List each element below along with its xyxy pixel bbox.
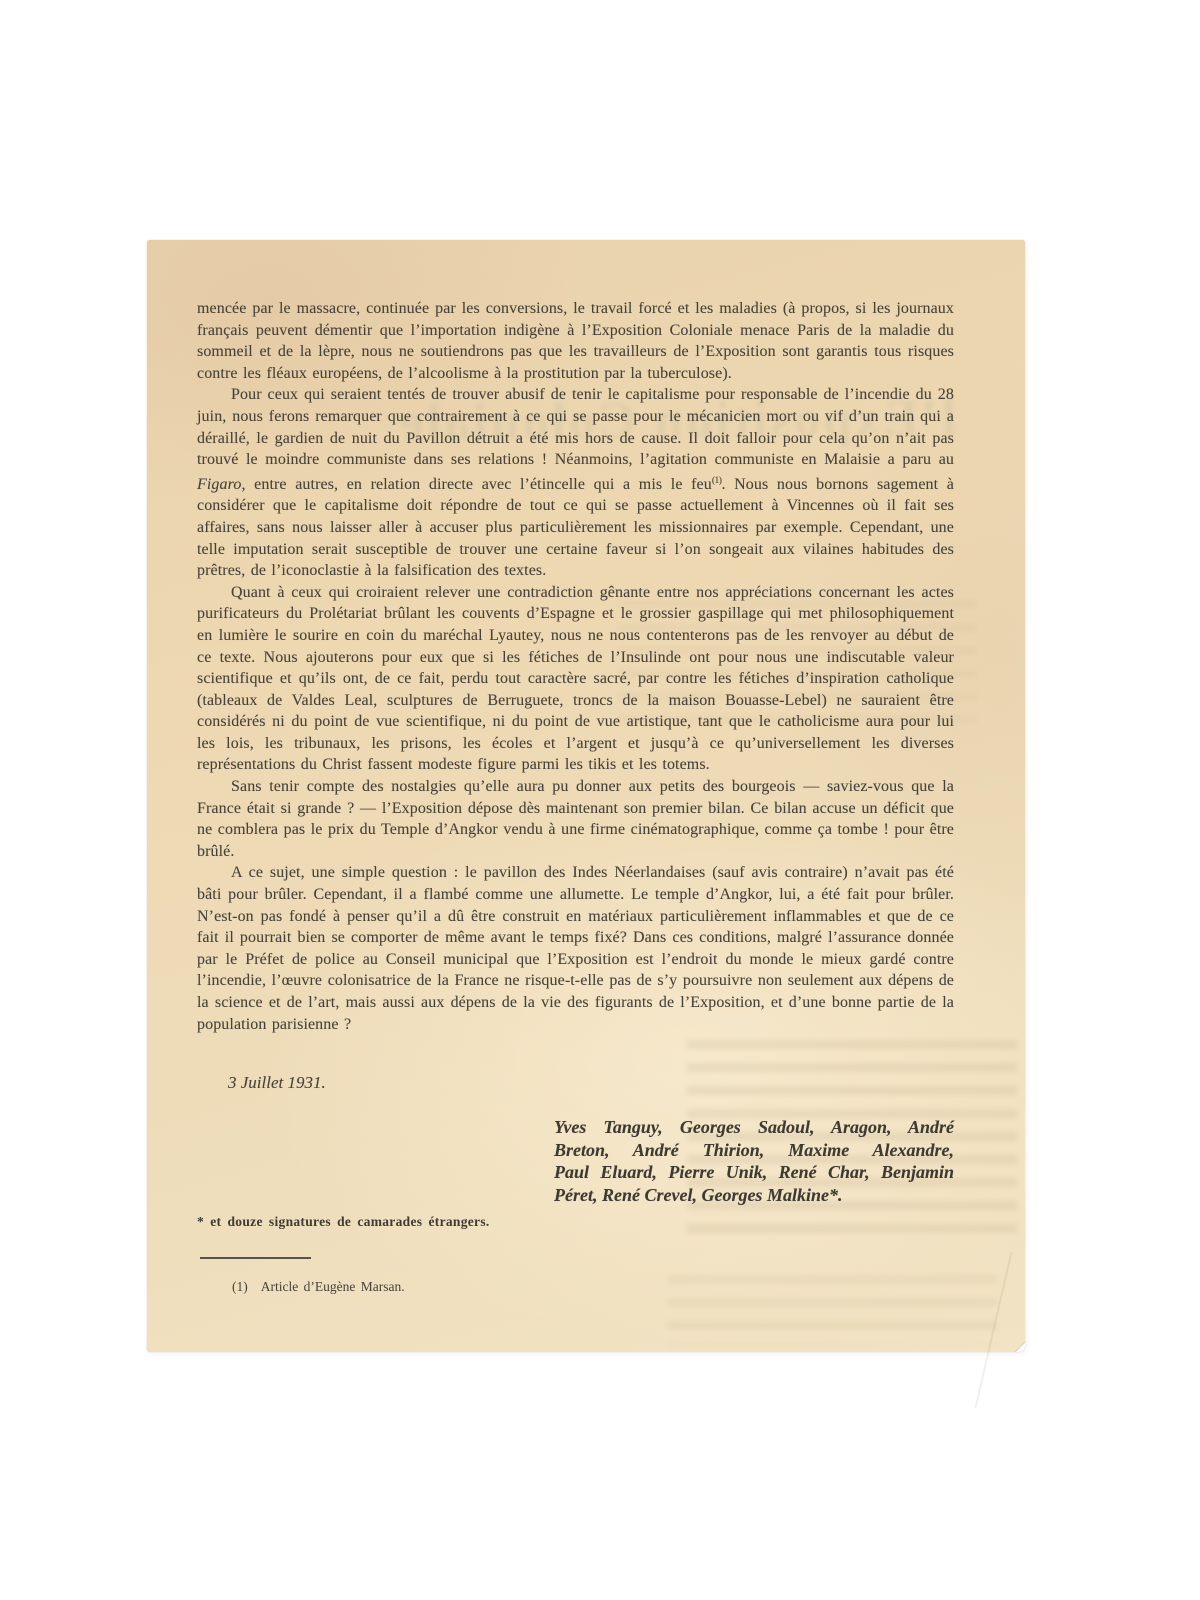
footnote-one-text: Article d’Eugène Marsan. [261,1279,405,1294]
signature-line: Yves Tanguy, Georges Sadoul, Aragon, And… [554,1116,954,1139]
corner-fold [1009,1336,1025,1352]
signature-line: Péret, René Crevel, Georges Malkine*. [554,1184,954,1207]
paragraph: Quant à ceux qui croiraient relever une … [197,582,954,776]
footnote-divider-rule [200,1257,311,1259]
paragraph-text-segment: , entre autres, en relation directe avec… [241,476,711,493]
figaro-italic-text: Figaro [197,476,241,493]
signatures-block: Yves Tanguy, Georges Sadoul, Aragon, And… [554,1116,954,1206]
paper-sheet: l’Exposition Coloniale mencée par le mas… [147,240,1025,1352]
bleedthrough-text-smudge [667,1275,997,1345]
signature-line: Breton, André Thirion, Maxime Alexandre, [554,1139,954,1162]
paragraph: A ce sujet, une simple question : le pav… [197,862,954,1035]
footnote-reference-marker: (1) [712,476,722,486]
signature-line: Paul Eluard, Pierre Unik, René Char, Ben… [554,1161,954,1184]
paragraph: Pour ceux qui seraient tentés de trouver… [197,384,954,581]
paragraph: Sans tenir compte des nostalgies qu’elle… [197,776,954,862]
scanned-document-page: l’Exposition Coloniale mencée par le mas… [0,0,1200,1600]
document-body: mencée par le massacre, continuée par le… [197,298,954,1035]
footnote-star: * et douze signatures de camarades étran… [197,1214,490,1230]
footnote-one: (1)Article d’Eugène Marsan. [232,1279,405,1295]
date-line: 3 Juillet 1931. [228,1073,326,1093]
paper-crease [975,1252,1012,1408]
paragraph-continuation: mencée par le massacre, continuée par le… [197,298,954,384]
footnote-one-marker: (1) [232,1279,248,1294]
paragraph-text-segment: Pour ceux qui seraient tentés de trouver… [197,386,954,468]
